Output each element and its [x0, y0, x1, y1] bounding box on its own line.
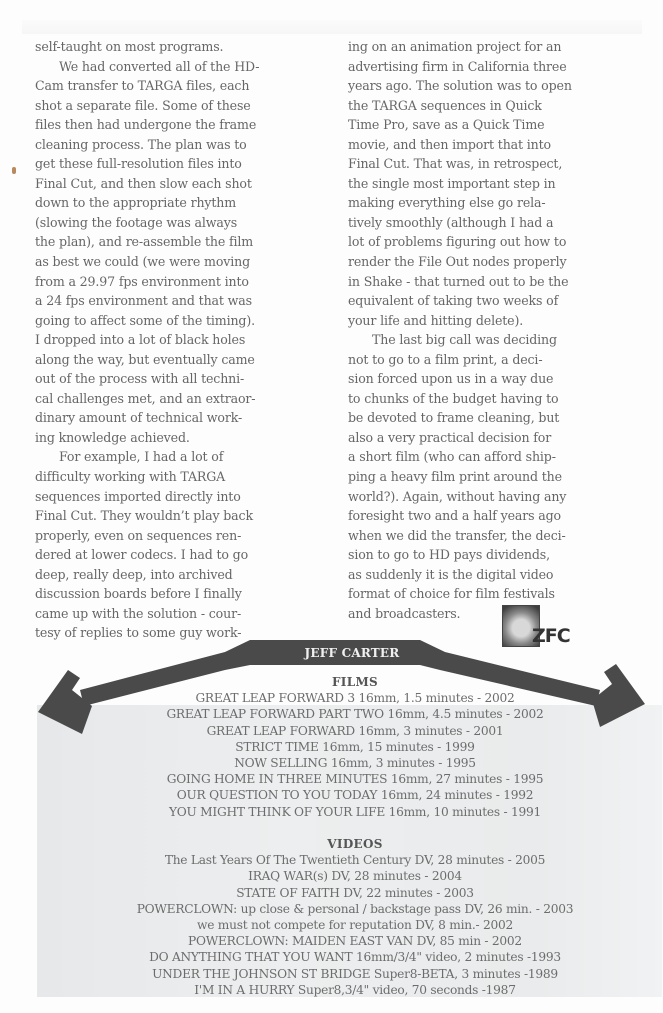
article-text-line: Final Cut. That was, in retrospect, — [348, 154, 648, 174]
article-text-line: render the File Out nodes properly — [348, 252, 648, 272]
video-credit: The Last Years Of The Twentieth Century … — [60, 852, 650, 868]
article-text-line: also a very practical decision for — [348, 428, 648, 448]
films-list: FILMS GREAT LEAP FORWARD 3 16mm, 1.5 min… — [60, 674, 650, 820]
article-text-line: the TARGA sequences in Quick — [348, 96, 648, 116]
article-text-line: tively smoothly (although I had a — [348, 213, 648, 233]
article-text-line: sion forced upon us in a way due — [348, 369, 648, 389]
video-credit: we must not compete for reputation DV, 8… — [60, 917, 650, 933]
film-credit: NOW SELLING 16mm, 3 minutes - 1995 — [60, 755, 650, 771]
video-credit: IRAQ WAR(s) DV, 28 minutes - 2004 — [60, 868, 650, 884]
videos-heading: VIDEOS — [60, 836, 650, 852]
article-text-line: world?). Again, without having any — [348, 487, 648, 507]
article-text-line: movie, and then import that into — [348, 135, 648, 155]
video-credit: STATE OF FAITH DV, 22 minutes - 2003 — [60, 885, 650, 901]
article-text-line: came up with the solution - cour- — [35, 604, 335, 624]
article-text-line: making everything else go rela- — [348, 193, 648, 213]
article-text-line: a 24 fps environment and that was — [35, 291, 335, 311]
article-text-line: ing on an animation project for an — [348, 37, 648, 57]
video-credit: UNDER THE JOHNSON ST BRIDGE Super8-BETA,… — [60, 966, 650, 982]
article-column-right: ing on an animation project for anadvert… — [348, 37, 648, 623]
film-credit: GREAT LEAP FORWARD 16mm, 3 minutes - 200… — [60, 723, 650, 739]
article-text-line: Final Cut, and then slow each shot — [35, 174, 335, 194]
article-text-line: (slowing the footage was always — [35, 213, 335, 233]
film-credit: GOING HOME IN THREE MINUTES 16mm, 27 min… — [60, 771, 650, 787]
article-column-left: self-taught on most programs.We had conv… — [35, 37, 335, 643]
article-text-line: dered at lower codecs. I had to go — [35, 545, 335, 565]
article-text-line: the plan), and re-assemble the film — [35, 232, 335, 252]
article-text-line: going to affect some of the timing). — [35, 311, 335, 331]
article-text-line: out of the process with all techni- — [35, 369, 335, 389]
article-text-line: self-taught on most programs. — [35, 37, 335, 57]
article-text-line: as suddenly it is the digital video — [348, 565, 648, 585]
article-text-line: foresight two and a half years ago — [348, 506, 648, 526]
magazine-page: self-taught on most programs.We had conv… — [0, 0, 663, 1013]
article-text-line: discussion boards before I finally — [35, 584, 335, 604]
article-text-line: the single most important step in — [348, 174, 648, 194]
film-credit: YOU MIGHT THINK OF YOUR LIFE 16mm, 10 mi… — [60, 804, 650, 820]
film-credit: OUR QUESTION TO YOU TODAY 16mm, 24 minut… — [60, 787, 650, 803]
article-text-line: Cam transfer to TARGA files, each — [35, 76, 335, 96]
article-text-line: files then had undergone the frame — [35, 115, 335, 135]
article-text-line: down to the appropriate rhythm — [35, 193, 335, 213]
article-text-line: along the way, but eventually came — [35, 350, 335, 370]
film-credit: GREAT LEAP FORWARD PART TWO 16mm, 4.5 mi… — [60, 706, 650, 722]
video-credit: POWERCLOWN: up close & personal / backst… — [60, 901, 650, 917]
banner-artist-name: JEFF CARTER — [252, 646, 452, 660]
article-text-line: advertising firm in California three — [348, 57, 648, 77]
article-text-line: Final Cut. They wouldn’t play back — [35, 506, 335, 526]
article-text-line: cal challenges met, and an extraor- — [35, 389, 335, 409]
video-credit: I'M IN A HURRY Super8,3/4" video, 70 sec… — [60, 982, 650, 998]
article-text-line: The last big call was deciding — [348, 330, 648, 350]
article-text-line: a short film (who can afford ship- — [348, 447, 648, 467]
article-text-line: your life and hitting delete). — [348, 311, 648, 331]
article-text-line: shot a separate file. Some of these — [35, 96, 335, 116]
zfc-logo-text: ZFC — [532, 625, 570, 647]
video-credit: POWERCLOWN: MAIDEN EAST VAN DV, 85 min -… — [60, 933, 650, 949]
article-text-line: not to go to a film print, a deci- — [348, 350, 648, 370]
zfc-badge: ZFC — [502, 605, 574, 651]
article-text-line: years ago. The solution was to open — [348, 76, 648, 96]
article-text-line: cleaning process. The plan was to — [35, 135, 335, 155]
article-text-line: I dropped into a lot of black holes — [35, 330, 335, 350]
article-text-line: ing knowledge achieved. — [35, 428, 335, 448]
page-top-shadow — [22, 20, 642, 34]
films-heading: FILMS — [60, 674, 650, 690]
article-text-line: tesy of replies to some guy work- — [35, 623, 335, 643]
article-text-line: format of choice for film festivals — [348, 584, 648, 604]
article-text-line: sion to go to HD pays dividends, — [348, 545, 648, 565]
article-text-line: difficulty working with TARGA — [35, 467, 335, 487]
article-text-line: in Shake - that turned out to be the — [348, 272, 648, 292]
article-text-line: dinary amount of technical work- — [35, 408, 335, 428]
article-text-line: sequences imported directly into — [35, 487, 335, 507]
article-text-line: equivalent of taking two weeks of — [348, 291, 648, 311]
article-text-line: Time Pro, save as a Quick Time — [348, 115, 648, 135]
video-credit: DO ANYTHING THAT YOU WANT 16mm/3/4" vide… — [60, 949, 650, 965]
article-text-line: ping a heavy film print around the — [348, 467, 648, 487]
article-text-line: deep, really deep, into archived — [35, 565, 335, 585]
paper-speck — [12, 167, 16, 174]
article-text-line: lot of problems figuring out how to — [348, 232, 648, 252]
article-text-line: We had converted all of the HD- — [35, 57, 335, 77]
article-text-line: to chunks of the budget having to — [348, 389, 648, 409]
videos-list: VIDEOS The Last Years Of The Twentieth C… — [60, 836, 650, 998]
article-text-line: when we did the transfer, the deci- — [348, 526, 648, 546]
article-text-line: and broadcasters. — [348, 604, 648, 624]
article-text-line: as best we could (we were moving — [35, 252, 335, 272]
article-text-line: properly, even on sequences ren- — [35, 526, 335, 546]
film-credit: GREAT LEAP FORWARD 3 16mm, 1.5 minutes -… — [60, 690, 650, 706]
article-text-line: be devoted to frame cleaning, but — [348, 408, 648, 428]
film-credit: STRICT TIME 16mm, 15 minutes - 1999 — [60, 739, 650, 755]
article-text-line: get these full-resolution files into — [35, 154, 335, 174]
article-text-line: from a 29.97 fps environment into — [35, 272, 335, 292]
article-text-line: For example, I had a lot of — [35, 447, 335, 467]
